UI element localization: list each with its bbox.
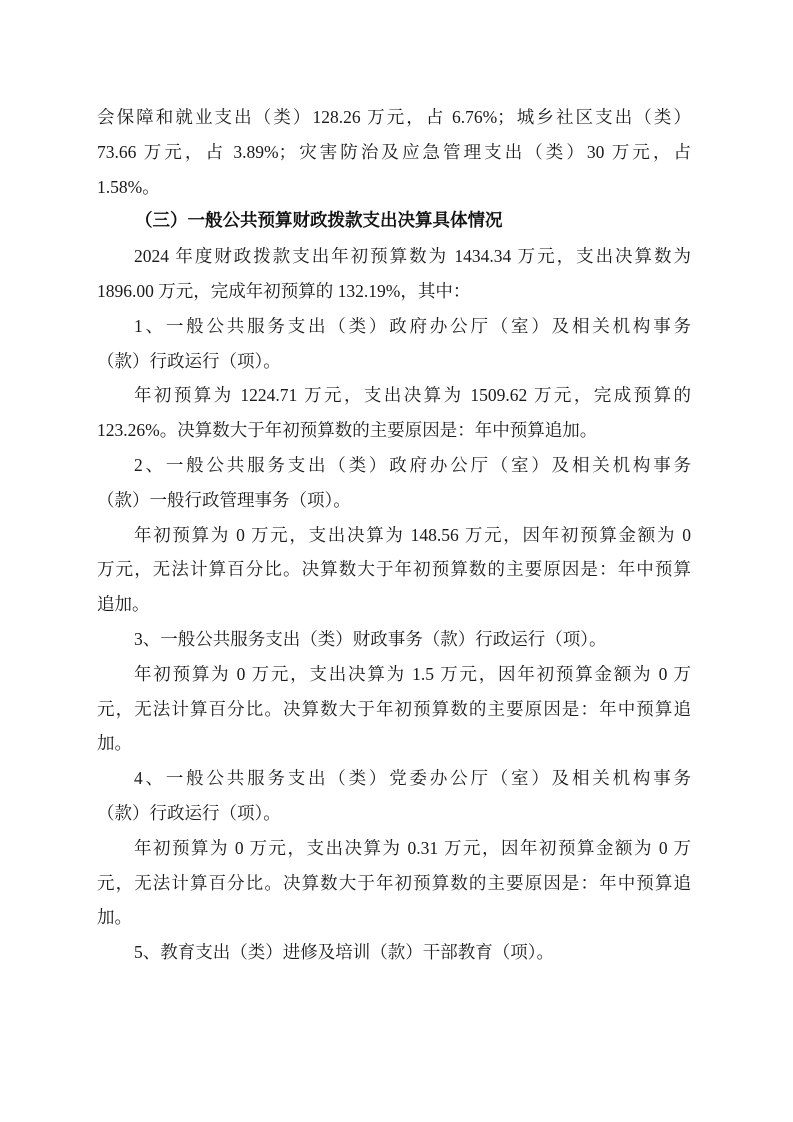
item-title-line: 1、一般公共服务支出（类）政府办公厅（室）及相关机构事务 <box>97 309 691 344</box>
expenditure-item-2: 2、一般公共服务支出（类）政府办公厅（室）及相关机构事务 （款）一般行政管理事务… <box>97 448 691 622</box>
expenditure-item-4: 4、一般公共服务支出（类）党委办公厅（室）及相关机构事务 （款）行政运行（项）。… <box>97 761 691 935</box>
text-line: 1.58%。 <box>97 170 691 205</box>
section-heading: （三）一般公共预算财政拨款支出决算具体情况 <box>97 204 691 239</box>
item-title-line: （款）行政运行（项）。 <box>97 344 691 379</box>
item-detail-line: 年初预算为 0 万元，支出决算为 1.5 万元，因年初预算金额为 0 万 <box>97 657 691 692</box>
item-detail-line: 万元，无法计算百分比。决算数大于年初预算数的主要原因是：年中预算 <box>97 552 691 587</box>
item-detail-line: 年初预算为 1224.71 万元，支出决算为 1509.62 万元，完成预算的 <box>97 378 691 413</box>
document-page: 会保障和就业支出（类）128.26 万元，占 6.76%；城乡社区支出（类） 7… <box>97 100 691 970</box>
item-detail-line: 加。 <box>97 900 691 935</box>
item-title-line: 5、教育支出（类）进修及培训（款）干部教育（项）。 <box>97 935 691 970</box>
item-detail-line: 年初预算为 0 万元，支出决算为 0.31 万元，因年初预算金额为 0 万 <box>97 831 691 866</box>
item-title-line: （款）行政运行（项）。 <box>97 796 691 831</box>
item-title-line: 4、一般公共服务支出（类）党委办公厅（室）及相关机构事务 <box>97 761 691 796</box>
text-line: 会保障和就业支出（类）128.26 万元，占 6.76%；城乡社区支出（类） <box>97 100 691 135</box>
continuation-paragraph: 会保障和就业支出（类）128.26 万元，占 6.76%；城乡社区支出（类） 7… <box>97 100 691 204</box>
item-detail-line: 加。 <box>97 726 691 761</box>
item-detail-line: 追加。 <box>97 587 691 622</box>
text-line: 1896.00 万元，完成年初预算的 132.19%，其中： <box>97 274 691 309</box>
item-detail-line: 元，无法计算百分比。决算数大于年初预算数的主要原因是：年中预算追 <box>97 692 691 727</box>
expenditure-item-5: 5、教育支出（类）进修及培训（款）干部教育（项）。 <box>97 935 691 970</box>
summary-paragraph: 2024 年度财政拨款支出年初预算数为 1434.34 万元，支出决算数为 18… <box>97 239 691 309</box>
item-detail-line: 元，无法计算百分比。决算数大于年初预算数的主要原因是：年中预算追 <box>97 866 691 901</box>
text-line: 2024 年度财政拨款支出年初预算数为 1434.34 万元，支出决算数为 <box>97 239 691 274</box>
expenditure-item-1: 1、一般公共服务支出（类）政府办公厅（室）及相关机构事务 （款）行政运行（项）。… <box>97 309 691 448</box>
item-detail-line: 123.26%。决算数大于年初预算数的主要原因是：年中预算追加。 <box>97 413 691 448</box>
item-title-line: 2、一般公共服务支出（类）政府办公厅（室）及相关机构事务 <box>97 448 691 483</box>
item-detail-line: 年初预算为 0 万元，支出决算为 148.56 万元，因年初预算金额为 0 <box>97 518 691 553</box>
item-title-line: 3、一般公共服务支出（类）财政事务（款）行政运行（项）。 <box>97 622 691 657</box>
text-line: 73.66 万元，占 3.89%；灾害防治及应急管理支出（类）30 万元，占 <box>97 135 691 170</box>
expenditure-item-3: 3、一般公共服务支出（类）财政事务（款）行政运行（项）。 年初预算为 0 万元，… <box>97 622 691 761</box>
item-title-line: （款）一般行政管理事务（项）。 <box>97 483 691 518</box>
